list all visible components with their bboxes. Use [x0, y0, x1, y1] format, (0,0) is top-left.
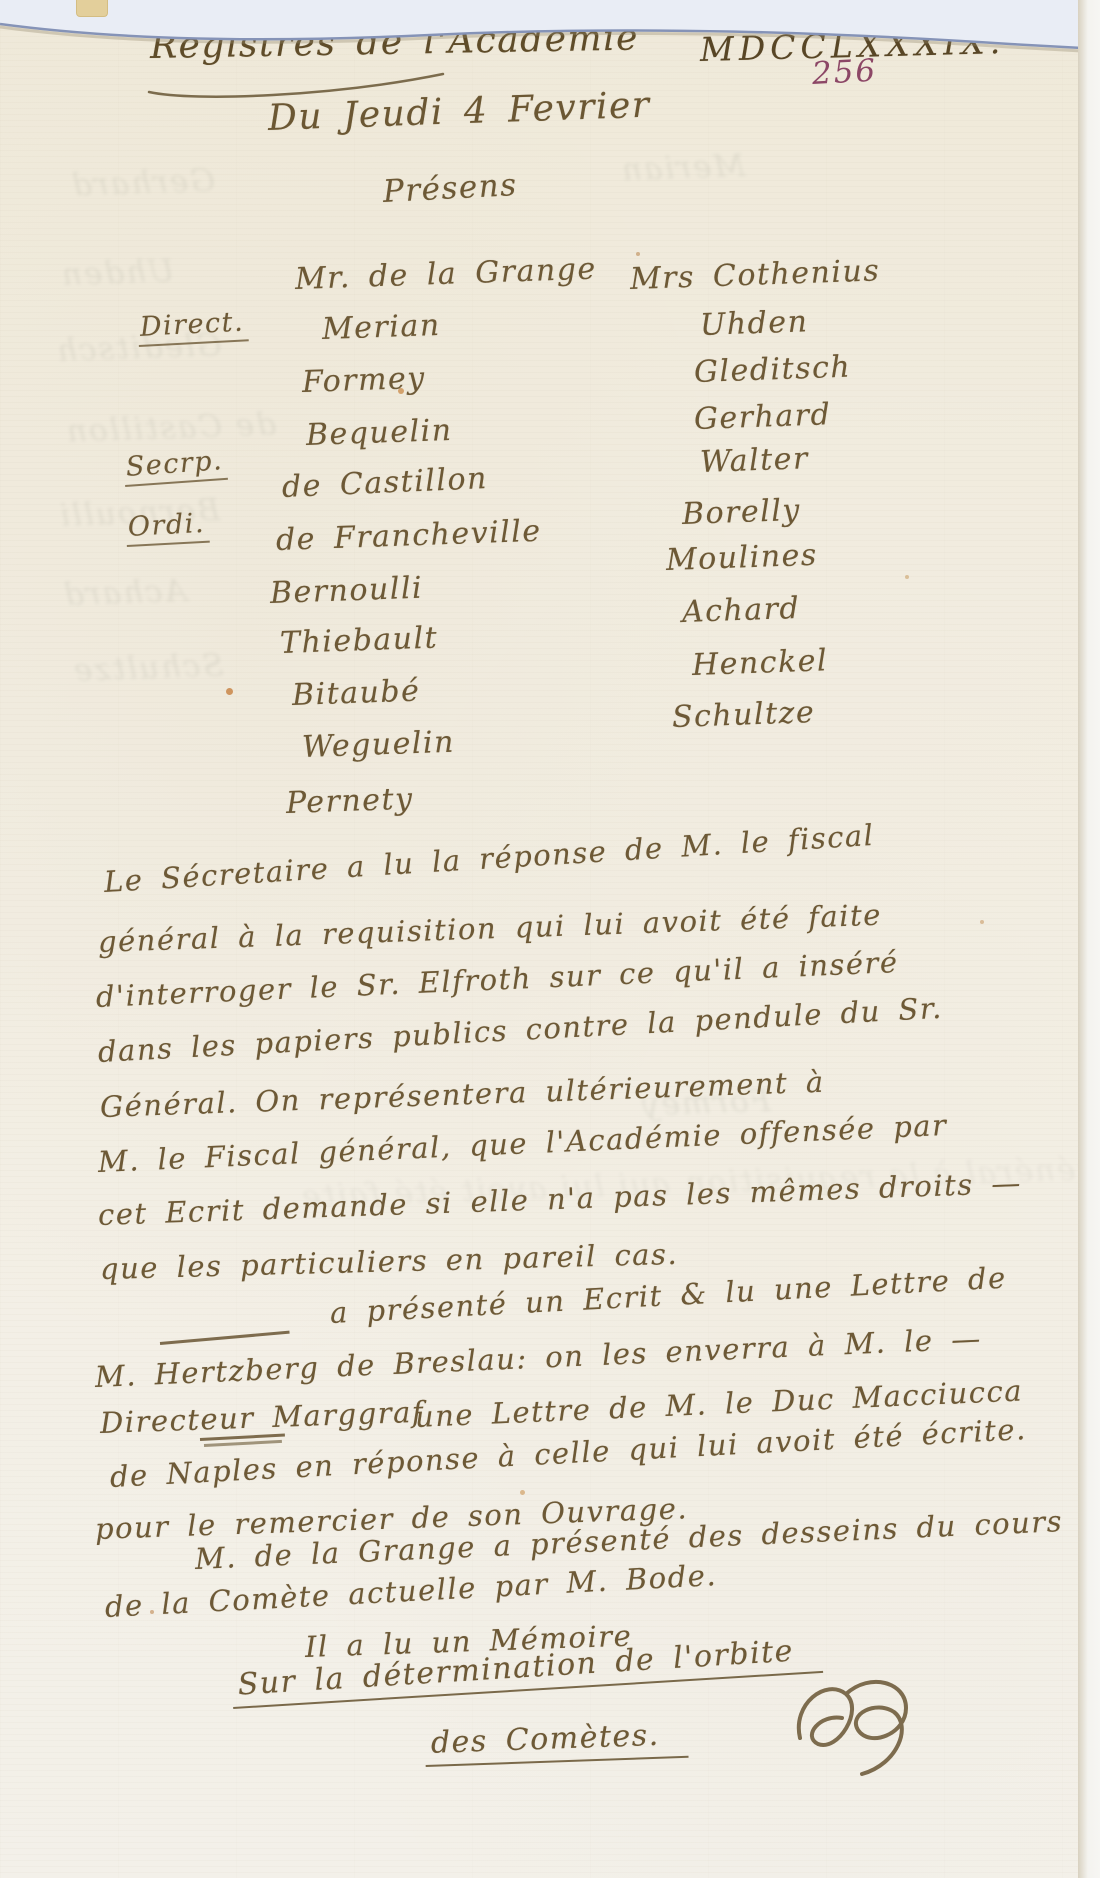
minutes-line: Le Sécretaire a lu la réponse de M. le f… — [103, 818, 875, 899]
attendee-name: Bitaubé — [291, 674, 421, 713]
attendee-name: Weguelin — [301, 725, 455, 765]
attendee-name: Bequelin — [305, 413, 453, 453]
minutes-line: Directeur Marggraf — [99, 1395, 424, 1440]
attendee-name: Moulines — [665, 538, 818, 578]
attendee-name: Walter — [699, 441, 809, 480]
role-label-ordinaire: Ordi. — [125, 508, 210, 547]
attendee-name: Thiebault — [279, 620, 438, 661]
page-top-edge — [0, 0, 1100, 62]
attendee-name: Formey — [301, 361, 426, 400]
attendee-name: Pernety — [285, 782, 414, 821]
presence-heading: Présens — [382, 167, 518, 210]
manuscript-page: Gerhard Uhden Gleditsch de Castillon Ber… — [0, 0, 1100, 1878]
memoir-title-line: des Comètes. — [424, 1717, 688, 1767]
blank-name-dash — [160, 1331, 290, 1345]
attendee-name: de Castillon — [281, 461, 488, 505]
attendee-name: Mr. de la Grange — [294, 251, 597, 297]
attendee-name: Gleditsch — [693, 350, 851, 390]
attendee-name: Henckel — [691, 643, 828, 683]
attendee-name: Merian — [321, 308, 441, 347]
attendee-name: Mrs Cothenius — [629, 253, 880, 297]
attendee-name: de Francheville — [275, 514, 542, 558]
attendee-name: Schultze — [671, 695, 815, 735]
scan-right-margin — [1078, 0, 1100, 1878]
attendee-name: Uhden — [699, 304, 809, 343]
role-label-directeur: Direct. — [137, 306, 249, 347]
secretary-paraph — [790, 1672, 940, 1792]
attendee-name: Borelly — [681, 493, 801, 532]
attendee-name: Achard — [681, 591, 800, 630]
bookmark-tab — [76, 0, 108, 17]
role-label-secretaire: Secrp. — [123, 445, 229, 487]
blank-name-dash — [204, 1440, 282, 1447]
attendee-name: Bernoulli — [269, 571, 423, 611]
attendee-name: Gerhard — [693, 397, 831, 437]
minutes-line: que les particuliers en pareil cas. — [100, 1237, 679, 1286]
